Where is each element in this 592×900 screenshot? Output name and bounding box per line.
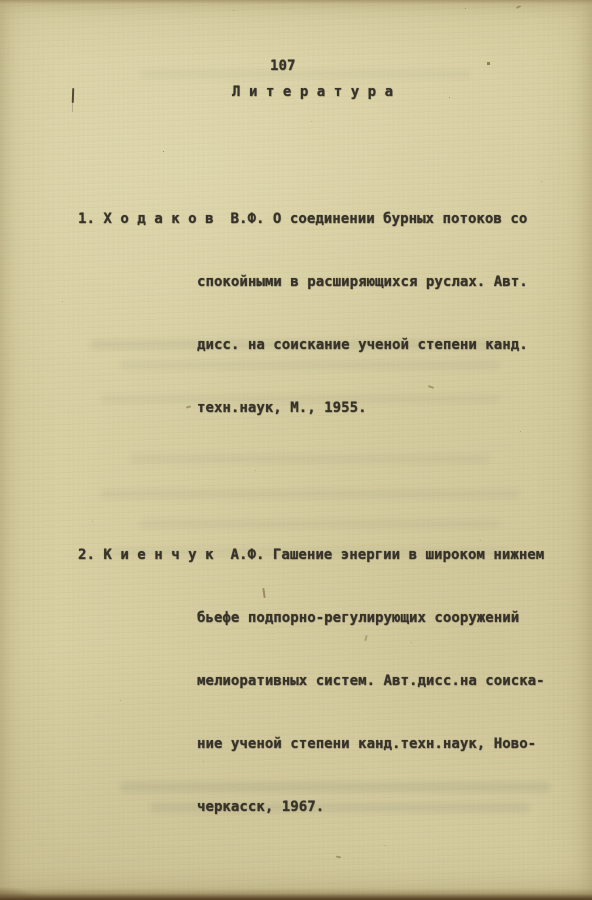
reference-text: К и е н ч у к А.Ф. Гашение энергии в шир… [103, 547, 544, 563]
reference-text-line: спокойными в расширяющихся руслах. Авт. [197, 272, 545, 293]
reference-number: 1. [78, 211, 95, 227]
bleed-through-mark [140, 70, 470, 78]
page-number: 107 [270, 56, 295, 77]
reference-text-line: черкасск, 1967. [197, 797, 545, 818]
section-heading: Л и т е р а т у р а [232, 82, 393, 103]
stray-pen-mark-tail [72, 103, 73, 112]
reference-text-line: ние ученой степени канд.техн.наук, Ново- [197, 734, 545, 755]
reference-text: Х о д а к о в В.Ф. О соединении бурных п… [103, 211, 527, 227]
scanned-page: 107 Л и т е р а т у р а 1.Х о д а к о в … [0, 0, 592, 900]
reference-entry: 1.Х о д а к о в В.Ф. О соединении бурных… [78, 167, 545, 461]
reference-text-line: 1.Х о д а к о в В.Ф. О соединении бурных… [78, 209, 545, 230]
paper-fiber [516, 5, 521, 9]
reference-text-line: бьефе подпорно-регулирующих сооружений [197, 608, 545, 629]
scan-edge-bottom [0, 888, 592, 900]
reference-text-line: дисс. на соискание ученой степени канд. [197, 335, 545, 356]
scan-edge-top [0, 0, 592, 4]
reference-text-line: мелиоративных систем. Авт.дисс.на соиска… [197, 671, 545, 692]
reference-number: 2. [78, 547, 95, 563]
reference-text-line: 2.К и е н ч у к А.Ф. Гашение энергии в ш… [78, 545, 545, 566]
reference-entry: 2.К и е н ч у к А.Ф. Гашение энергии в ш… [78, 503, 545, 860]
reference-list: 1.Х о д а к о в В.Ф. О соединении бурных… [78, 125, 545, 900]
stray-pen-mark [72, 88, 75, 103]
reference-text-line: техн.наук, М., 1955. [197, 398, 545, 419]
